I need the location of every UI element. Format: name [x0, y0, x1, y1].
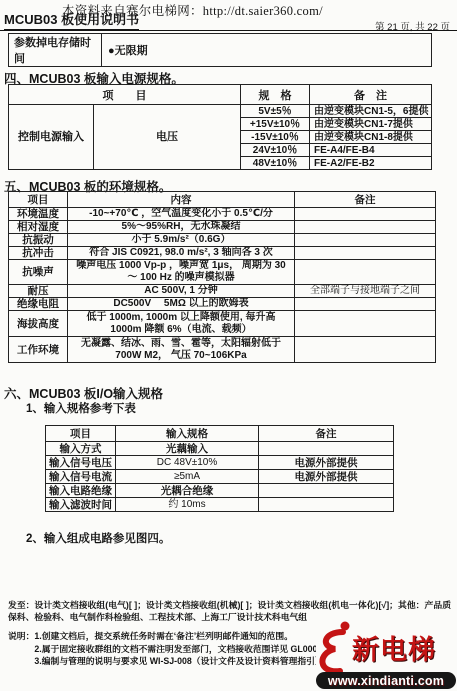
- content-cell: DC500V 5MΩ 以上的欧姆表: [68, 298, 295, 311]
- table-row: 工作环境 无凝露、结冰、雨、雪、雹等，太阳辐射低于 700W M2， 气压 70…: [9, 337, 436, 363]
- param-label-cell: 参数掉电存储时间: [9, 34, 102, 67]
- content-cell: AC 500V, 1 分钟: [68, 285, 295, 298]
- item-cell: 抗噪声: [9, 260, 68, 285]
- remark-cell: [295, 234, 436, 247]
- spec-cell: ≥5mA: [116, 470, 259, 484]
- remark-cell: [259, 498, 394, 512]
- col-header-spec: 输入规格: [116, 426, 259, 442]
- col-header-remark: 备注: [259, 426, 394, 442]
- item-cell: 环境温度: [9, 208, 68, 221]
- item-cell: 抗振动: [9, 234, 68, 247]
- content-cell: 低于 1000m, 1000m 以上降额使用, 每升高 1000m 降额 6%（…: [68, 311, 295, 337]
- table-row: 耐压 AC 500V, 1 分钟 全部端子与接地端子之间: [9, 285, 436, 298]
- col-header-item: 项 目: [9, 85, 241, 105]
- spec-cell: 5V±5％: [241, 105, 310, 118]
- table-row: 输入方式 光藕输入: [46, 442, 394, 456]
- logo-brand-text: 新电梯: [352, 628, 436, 667]
- col-header-remark: 备注: [295, 192, 436, 208]
- table-row: 环境温度 -10~+70℃ ，空气温度变化小于 0.5℃/分: [9, 208, 436, 221]
- item-cell: 抗冲击: [9, 247, 68, 260]
- table-row: 海拔高度 低于 1000m, 1000m 以上降额使用, 每升高 1000m 降…: [9, 311, 436, 337]
- spec-cell: +15V±10％: [241, 118, 310, 131]
- remark-cell: 由逆变模块CN1-5，6提供: [310, 105, 432, 118]
- document-page: 本资料来自赛尔电梯网：http://dt.saier360.com/ MCUB0…: [0, 0, 457, 691]
- table-row: 抗振动 小于 5.9m/s²（0.6G）: [9, 234, 436, 247]
- item-cell: 输入方式: [46, 442, 116, 456]
- item-cell: 输入电路绝缘: [46, 484, 116, 498]
- table-row: 参数掉电存储时间 ●无限期: [9, 34, 432, 67]
- table-row: 抗冲击 符合 JIS C0921, 98.0 m/s², 3 轴向各 3 次: [9, 247, 436, 260]
- spec-cell: 光耦合绝缘: [116, 484, 259, 498]
- item-cell: 输入信号电压: [46, 456, 116, 470]
- spec-cell: 48V±10％: [241, 157, 310, 170]
- col-header-spec: 规 格: [241, 85, 310, 105]
- param-value-cell: ●无限期: [102, 34, 432, 67]
- spec-cell: -15V±10％: [241, 131, 310, 144]
- table-row: 绝缘电阻 DC500V 5MΩ 以上的欧姆表: [9, 298, 436, 311]
- remark-cell: [295, 337, 436, 363]
- table-header-row: 项目 输入规格 备注: [46, 426, 394, 442]
- remark-cell: 全部端子与接地端子之间: [295, 285, 436, 298]
- table-header-row: 项 目 规 格 备 注: [9, 85, 432, 105]
- table-row: 输入电路绝缘 光耦合绝缘: [46, 484, 394, 498]
- item-cell: 相对湿度: [9, 221, 68, 234]
- content-cell: 无凝露、结冰、雨、雪、雹等，太阳辐射低于 700W M2， 气压 70~106K…: [68, 337, 295, 363]
- table-header-row: 项目 内容 备注: [9, 192, 436, 208]
- table-row: 输入滤波时间 约 10ms: [46, 498, 394, 512]
- content-cell: 5%～95%RH，无水珠凝结: [68, 221, 295, 234]
- col-header-item: 项目: [46, 426, 116, 442]
- table-row: 相对湿度 5%～95%RH，无水珠凝结: [9, 221, 436, 234]
- remark-cell: [295, 247, 436, 260]
- doc-title: MCUB03 板使用说明书: [4, 9, 139, 30]
- item-cell: 输入信号电流: [46, 470, 116, 484]
- spec-cell: 约 10ms: [116, 498, 259, 512]
- power-spec-table: 项 目 规 格 备 注 控制电源输入 电压 5V±5％ 由逆变模块CN1-5，6…: [8, 84, 432, 170]
- spec-cell: 24V±10％: [241, 144, 310, 157]
- col-header-item: 项目: [9, 192, 68, 208]
- remark-cell: 电源外部提供: [259, 456, 394, 470]
- remark-cell: [295, 260, 436, 285]
- spec-cell: DC 48V±10%: [116, 456, 259, 470]
- spec-cell: 光藕输入: [116, 442, 259, 456]
- col-header-remark: 备 注: [310, 85, 432, 105]
- col-header-content: 内容: [68, 192, 295, 208]
- remark-cell: [295, 221, 436, 234]
- header-rule: [0, 30, 457, 31]
- remark-cell: 由逆变模块CN1-7提供: [310, 118, 432, 131]
- dancer-figure-icon: [316, 620, 354, 678]
- item-sub-cell: 电压: [94, 105, 241, 170]
- item-cell: 绝缘电阻: [9, 298, 68, 311]
- item-cell: 耐压: [9, 285, 68, 298]
- remark-cell: 电源外部提供: [259, 470, 394, 484]
- notes-label: 说明：: [8, 630, 34, 668]
- table-row: 输入信号电压 DC 48V±10% 电源外部提供: [46, 456, 394, 470]
- table-row: 抗噪声 噪声电压 1000 Vp-p ，噪声宽 1μs， 周期为 30 ～ 10…: [9, 260, 436, 285]
- content-cell: -10~+70℃ ，空气温度变化小于 0.5℃/分: [68, 208, 295, 221]
- table-row: 控制电源输入 电压 5V±5％ 由逆变模块CN1-5，6提供: [9, 105, 432, 118]
- item-cell: 海拔高度: [9, 311, 68, 337]
- item-cell: 输入滤波时间: [46, 498, 116, 512]
- param-retention-table: 参数掉电存储时间 ●无限期: [8, 33, 432, 67]
- remark-cell: FE-A2/FE-B2: [310, 157, 432, 170]
- remark-cell: 由逆变模块CN1-8提供: [310, 131, 432, 144]
- environment-spec-table: 项目 内容 备注 环境温度 -10~+70℃ ，空气温度变化小于 0.5℃/分 …: [8, 191, 436, 363]
- io-input-spec-table: 项目 输入规格 备注 输入方式 光藕输入 输入信号电压 DC 48V±10% 电…: [45, 425, 394, 512]
- table-row: 输入信号电流 ≥5mA 电源外部提供: [46, 470, 394, 484]
- content-cell: 符合 JIS C0921, 98.0 m/s², 3 轴向各 3 次: [68, 247, 295, 260]
- item-group-cell: 控制电源输入: [9, 105, 94, 170]
- remark-cell: [295, 298, 436, 311]
- xindianti-logo: 新电梯 www.xindianti.com: [316, 616, 456, 690]
- remark-cell: [259, 484, 394, 498]
- remark-cell: [295, 311, 436, 337]
- logo-url-band: www.xindianti.com: [316, 672, 456, 689]
- remark-cell: [259, 442, 394, 456]
- item-cell: 工作环境: [9, 337, 68, 363]
- content-cell: 小于 5.9m/s²（0.6G）: [68, 234, 295, 247]
- section6-subtitle-2: 2、输入组成电路参见图四。: [26, 530, 170, 546]
- content-cell: 噪声电压 1000 Vp-p ，噪声宽 1μs， 周期为 30 ～ 100 Hz…: [68, 260, 295, 285]
- remark-cell: [295, 208, 436, 221]
- section6-subtitle-1: 1、输入规格参考下表: [26, 400, 136, 416]
- remark-cell: FE-A4/FE-B4: [310, 144, 432, 157]
